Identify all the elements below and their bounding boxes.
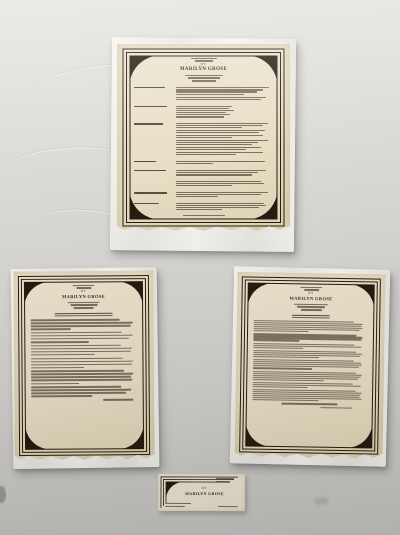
section-label (134, 169, 170, 178)
text-line (176, 87, 269, 88)
text-line (31, 395, 92, 397)
text-line (300, 309, 321, 311)
entry-block (176, 89, 273, 92)
card-bottom-right-lines (218, 504, 240, 508)
text-line (176, 112, 227, 113)
text-line (31, 367, 84, 369)
entry-block (176, 181, 273, 186)
section-entries (176, 86, 273, 102)
text-line (176, 144, 252, 145)
section-label (134, 105, 170, 119)
paragraph (253, 350, 367, 359)
paragraph (31, 331, 137, 342)
statement-document: BY MARILYN GROSE (12, 268, 158, 468)
entry-block (176, 106, 273, 118)
text-line (176, 132, 260, 133)
entry-block (176, 170, 273, 173)
text-line (176, 194, 262, 195)
resume-section (134, 86, 273, 102)
header-top-lines (134, 58, 273, 62)
text-line (31, 350, 131, 352)
resume-section (134, 169, 273, 178)
text-line (31, 344, 121, 346)
text-line (31, 322, 133, 324)
text-line (253, 347, 303, 349)
text-line (31, 373, 133, 375)
text-line (31, 383, 79, 385)
text-line (176, 108, 230, 109)
paragraph (31, 386, 137, 397)
text-line (134, 161, 156, 162)
section-entries (176, 169, 273, 178)
section-label (134, 180, 170, 188)
text-line (216, 481, 230, 482)
text-line (134, 203, 159, 204)
resume-section (134, 191, 273, 199)
text-line (176, 135, 264, 136)
text-line (253, 379, 324, 381)
text-line (176, 91, 258, 92)
text-line (176, 94, 244, 95)
text-line (31, 354, 95, 356)
entry-block (176, 97, 273, 100)
resume-sections (134, 86, 273, 212)
text-line (134, 106, 167, 107)
paragraph (252, 389, 366, 402)
paragraph (31, 319, 137, 330)
biography-header: BY MARILYN GROSE (254, 286, 368, 312)
text-line (176, 116, 225, 117)
section-entries (176, 105, 273, 119)
section-entries (176, 180, 273, 188)
text-line (176, 183, 265, 184)
text-line (176, 174, 252, 175)
text-line (176, 205, 266, 206)
wall-photo: BY MARILYN GROSE (0, 0, 400, 535)
text-line (74, 307, 94, 308)
section-entries (176, 191, 273, 199)
paragraph (253, 382, 367, 389)
text-line (176, 152, 264, 153)
entry-block (176, 94, 273, 95)
text-line (134, 192, 167, 193)
text-line (176, 170, 266, 171)
text-line (297, 306, 325, 308)
text-line (31, 335, 133, 337)
text-line (31, 386, 121, 388)
text-line (176, 127, 242, 128)
artist-name: MARILYN GROSE (30, 294, 136, 301)
text-line (253, 367, 312, 369)
text-line (254, 330, 309, 332)
entry-block (176, 174, 273, 175)
artist-name: MARILYN GROSE (182, 491, 227, 497)
text-line (31, 363, 132, 365)
closing-right-line (321, 407, 353, 409)
text-line (253, 356, 319, 358)
text-line (176, 99, 262, 100)
text-line (191, 58, 217, 59)
text-line (176, 89, 264, 90)
text-line (31, 389, 131, 391)
text-line (176, 192, 268, 193)
text-line (31, 332, 122, 334)
statement-header: BY MARILYN GROSE (30, 284, 136, 309)
section-label (134, 160, 170, 166)
resume-section (134, 122, 273, 157)
business-card: BY MARILYN GROSE (158, 474, 245, 511)
text-line (253, 340, 299, 342)
text-line (176, 203, 265, 204)
text-line (192, 80, 216, 81)
paragraph (253, 343, 367, 350)
header-address-lines (254, 303, 368, 312)
resume-content: BY MARILYN GROSE (134, 56, 273, 218)
text-line (31, 360, 133, 362)
text-line (218, 506, 238, 507)
text-line (216, 478, 234, 479)
text-line (31, 376, 131, 378)
text-line (31, 357, 123, 359)
artist-name: MARILYN GROSE (134, 67, 273, 73)
text-line (176, 154, 236, 155)
card-center: BY MARILYN GROSE (182, 487, 227, 497)
text-line (134, 170, 166, 171)
text-line (31, 319, 120, 321)
text-line (70, 304, 97, 305)
biography-paragraphs (252, 320, 367, 402)
text-line (188, 77, 220, 78)
paragraph (253, 359, 367, 370)
entry-block (176, 140, 273, 145)
text-line (176, 110, 234, 111)
resume-header: BY MARILYN GROSE (134, 58, 273, 82)
text-line (176, 147, 262, 148)
text-line (176, 161, 266, 162)
closing-center-line (281, 403, 337, 405)
biography-document: BY MARILYN GROSE (232, 268, 388, 465)
paragraph (31, 357, 137, 368)
resume-paper: BY MARILYN GROSE (117, 44, 290, 232)
biography-paper: BY MARILYN GROSE (235, 272, 386, 460)
statement-paragraphs (31, 319, 138, 398)
resume-footer-line (183, 215, 225, 216)
header-address-lines (31, 301, 137, 309)
entry-block (176, 203, 273, 210)
entry-block (176, 87, 273, 88)
card-bottom-left-lines (165, 502, 193, 508)
text-line (134, 123, 163, 124)
text-line (185, 75, 223, 76)
text-line (31, 341, 89, 343)
text-line (176, 97, 266, 98)
text-line (31, 392, 126, 394)
entry-block (176, 123, 273, 128)
text-line (253, 386, 308, 388)
resume-section (134, 202, 273, 212)
resume-section (134, 180, 273, 188)
statement-paper: BY MARILYN GROSE (13, 271, 154, 462)
statement-content: BY MARILYN GROSE (30, 283, 137, 448)
entry-block (176, 152, 273, 155)
header-address-lines (134, 75, 273, 82)
paragraph (253, 333, 367, 342)
text-line (165, 503, 191, 504)
section-entries (176, 122, 273, 157)
artist-name: MARILYN GROSE (254, 295, 368, 303)
text-line (31, 325, 131, 327)
biography-heading-underlined (292, 314, 330, 316)
signature-line (103, 399, 133, 401)
entry-block (176, 192, 273, 197)
entry-block (176, 147, 273, 150)
statement-title-underlined (55, 312, 113, 314)
section-label (134, 202, 170, 212)
text-line (68, 301, 100, 303)
card-top-right-lines (216, 477, 240, 483)
text-line (176, 140, 268, 141)
biography-closing-lines (252, 403, 366, 410)
entry-block (176, 135, 273, 138)
text-line (176, 209, 223, 210)
text-line (176, 149, 246, 150)
entry-block (176, 130, 273, 133)
text-line (31, 328, 71, 330)
text-line (176, 125, 264, 126)
wall-scuff-mark (0, 486, 6, 503)
wall-smudge (314, 497, 329, 505)
section-entries (176, 202, 273, 212)
text-line (176, 181, 262, 182)
text-line (176, 196, 219, 197)
text-line (72, 285, 94, 286)
text-line (31, 347, 132, 349)
section-entries (176, 160, 273, 166)
text-line (176, 130, 266, 131)
text-line (31, 379, 132, 381)
biography-content: BY MARILYN GROSE (252, 284, 368, 446)
paragraph (31, 344, 137, 355)
text-line (176, 207, 260, 208)
text-line (176, 123, 268, 124)
text-line (300, 286, 322, 288)
resume-document: BY MARILYN GROSE (111, 38, 295, 251)
text-line (252, 399, 318, 401)
text-line (176, 172, 259, 173)
text-line (294, 303, 328, 305)
text-line (134, 87, 165, 88)
paragraph (253, 371, 367, 382)
section-label (134, 86, 170, 102)
text-line (31, 370, 124, 372)
text-line (176, 163, 213, 164)
resume-section (134, 160, 273, 166)
text-line (176, 114, 230, 115)
paragraph (254, 320, 368, 333)
entry-block (176, 161, 273, 164)
text-line (31, 338, 129, 340)
paragraph (31, 370, 137, 384)
resume-section (134, 105, 273, 119)
text-line (176, 106, 232, 107)
text-line (176, 142, 259, 143)
section-label (134, 191, 170, 199)
text-line (176, 137, 232, 138)
section-label (134, 122, 170, 157)
text-line (176, 185, 232, 186)
text-line (165, 505, 185, 506)
